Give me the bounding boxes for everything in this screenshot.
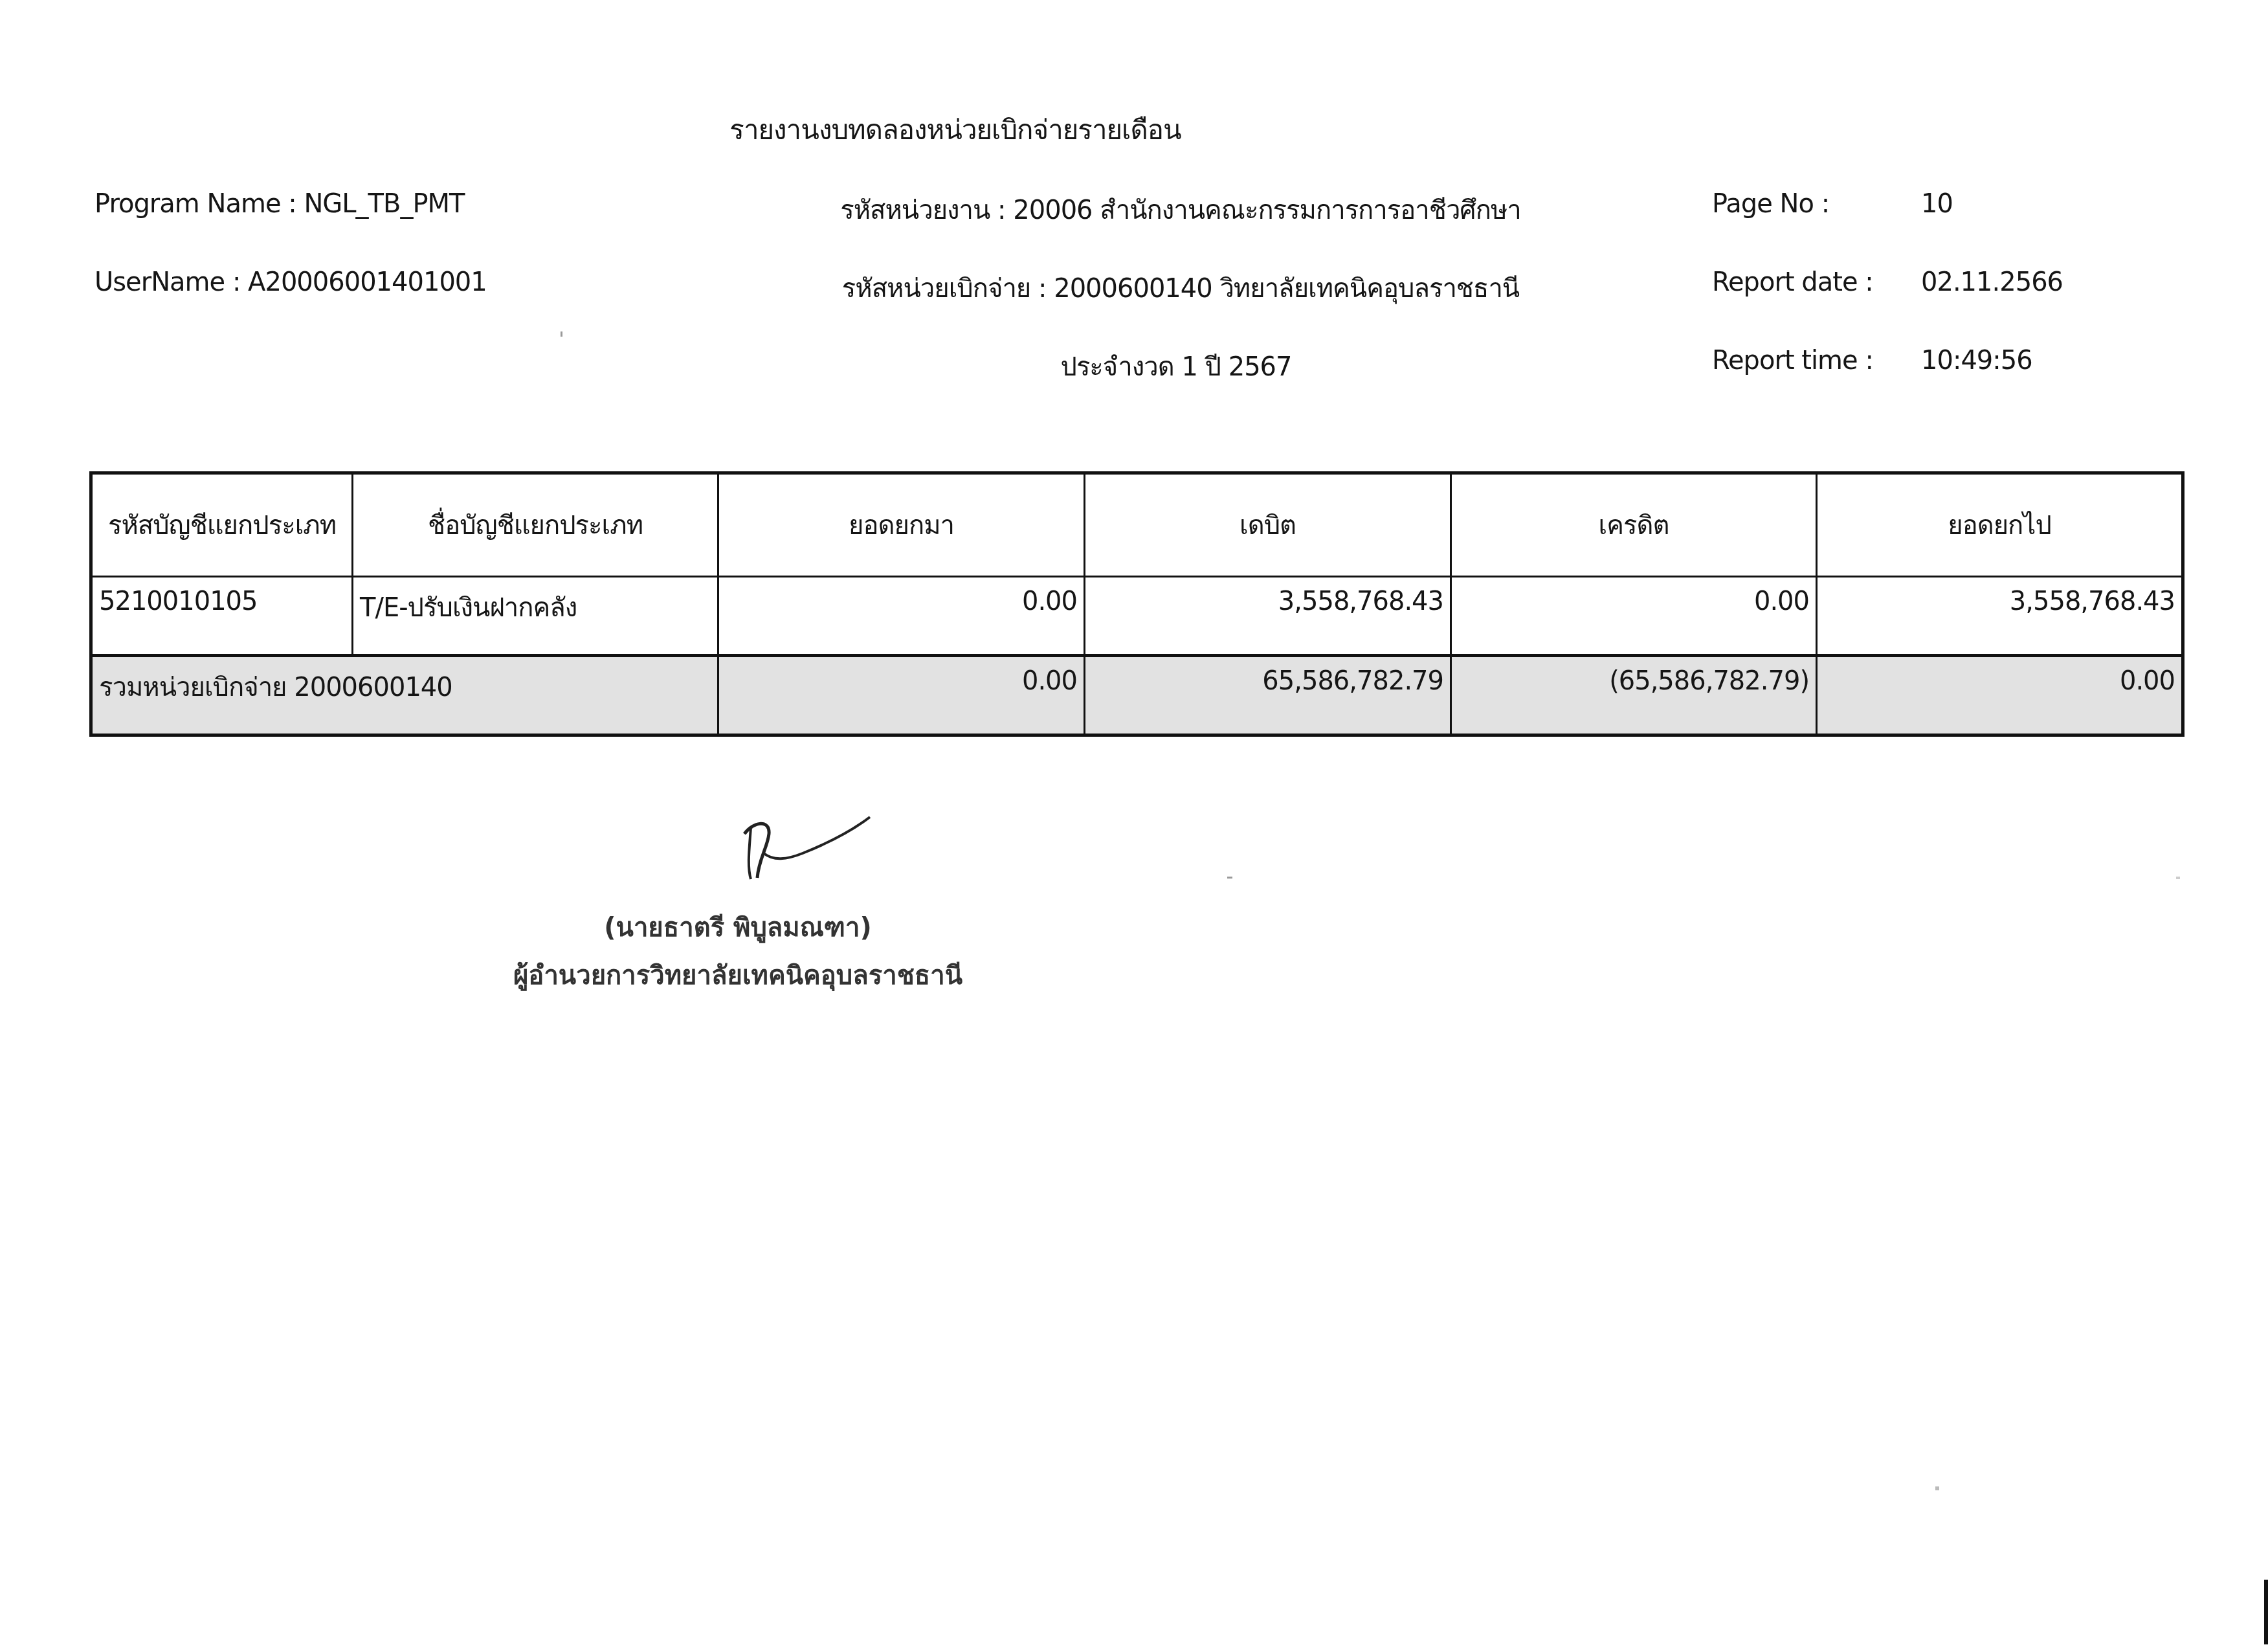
report-date-value: 02.11.2566 (1921, 267, 2063, 297)
signatory-title: ผู้อำนวยการวิทยาลัยเทคนิคอุบลราชธานี (513, 954, 962, 996)
total-debit: 65,586,782.79 (1085, 656, 1451, 735)
report-time-value: 10:49:56 (1921, 346, 2032, 375)
agency-code: รหัสหน่วยงาน : 20006 สำนักงานคณะกรรมการก… (840, 189, 1521, 230)
cell-account-code: 5210010105 (91, 577, 353, 656)
handwritten-signature-icon (725, 808, 880, 888)
cell-credit: 0.00 (1451, 577, 1817, 656)
report-date-label: Report date : (1712, 267, 1873, 297)
total-row: รวมหน่วยเบิกจ่าย 2000600140 0.00 65,586,… (91, 656, 2183, 735)
header-brought-forward: ยอดยกมา (718, 473, 1085, 577)
cell-debit: 3,558,768.43 (1085, 577, 1451, 656)
header-account-name: ชื่อบัญชีแยกประเภท (353, 473, 718, 577)
total-brought-forward: 0.00 (718, 656, 1085, 735)
scan-speck (1935, 1486, 1939, 1490)
program-name: Program Name : NGL_TB_PMT (94, 189, 465, 219)
scan-speck (561, 331, 562, 337)
scan-speck (2176, 877, 2180, 879)
total-label: รวมหน่วยเบิกจ่าย 2000600140 (91, 656, 718, 735)
report-period: ประจำงวด 1 ปี 2567 (1060, 346, 1291, 387)
page-edge-mark (2264, 1580, 2268, 1644)
header-credit: เครดิต (1451, 473, 1817, 577)
header-debit: เดบิต (1085, 473, 1451, 577)
cell-account-name: T/E-ปรับเงินฝากคลัง (353, 577, 718, 656)
signatory-name: (นายธาตรี พิบูลมณฑา) (604, 906, 871, 948)
table-header-row: รหัสบัญชีแยกประเภท ชื่อบัญชีแยกประเภท ยอ… (91, 473, 2183, 577)
total-carried-forward: 0.00 (1817, 656, 2183, 735)
page-no-value: 10 (1921, 189, 1953, 219)
scan-speck (1227, 877, 1232, 879)
user-name: UserName : A20006001401001 (94, 267, 487, 297)
report-title: รายงานงบทดลองหน่วยเบิกจ่ายรายเดือน (729, 109, 1181, 151)
page-no-label: Page No : (1712, 189, 1829, 219)
header-account-code: รหัสบัญชีแยกประเภท (91, 473, 353, 577)
table-row: 5210010105 T/E-ปรับเงินฝากคลัง 0.00 3,55… (91, 577, 2183, 656)
report-time-label: Report time : (1712, 346, 1873, 375)
trial-balance-table: รหัสบัญชีแยกประเภท ชื่อบัญชีแยกประเภท ยอ… (89, 471, 2185, 737)
cell-carried-forward: 3,558,768.43 (1817, 577, 2183, 656)
total-credit: (65,586,782.79) (1451, 656, 1817, 735)
cell-brought-forward: 0.00 (718, 577, 1085, 656)
disbursement-unit-code: รหัสหน่วยเบิกจ่าย : 2000600140 วิทยาลัยเ… (842, 267, 1519, 309)
header-carried-forward: ยอดยกไป (1817, 473, 2183, 577)
